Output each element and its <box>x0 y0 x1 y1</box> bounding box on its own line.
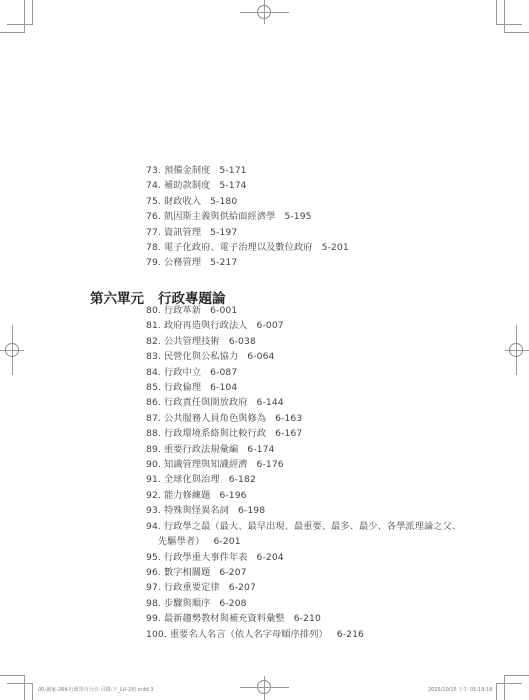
entry-page: 6-196 <box>219 490 246 501</box>
crop-mark <box>0 675 25 676</box>
entry-number: 90. <box>146 459 161 470</box>
entry-number: 86. <box>146 397 161 408</box>
toc-entry[interactable]: 76. 凱因斯主義與供給面經濟學5-195 <box>146 209 349 224</box>
entry-title: 公務管理 <box>164 257 201 268</box>
entry-title: 預備金制度 <box>164 165 210 176</box>
entry-title: 資訊管理 <box>164 227 201 238</box>
entry-page: 5-217 <box>210 257 237 268</box>
entry-number: 94. <box>146 521 161 532</box>
crop-mark <box>497 24 522 25</box>
entry-title: 行政重要定律 <box>164 582 220 593</box>
entry-number: 96. <box>146 567 161 578</box>
entry-title: 最新趨勢教材與補充資料彙整 <box>164 613 285 624</box>
entry-number: 78. <box>146 242 161 253</box>
entry-page: 5-197 <box>210 227 237 238</box>
crop-mark <box>32 683 33 700</box>
toc-entry[interactable]: 82. 公共管理技術6-038 <box>146 334 461 349</box>
entry-number: 73. <box>146 165 161 176</box>
entry-number: 89. <box>146 444 161 455</box>
entry-page: 6-198 <box>238 505 265 516</box>
entry-title: 重要行政法規彙編 <box>164 444 238 455</box>
entry-number: 100. <box>146 629 167 640</box>
crop-mark <box>0 32 25 33</box>
entry-number: 92. <box>146 490 161 501</box>
entry-title: 行政中立 <box>164 367 201 378</box>
crop-mark <box>32 0 33 25</box>
entry-page: 5-195 <box>284 211 311 222</box>
entry-title: 民營化與公私協力 <box>164 351 238 362</box>
entry-title: 公共管理技術 <box>164 336 220 347</box>
entry-page: 5-201 <box>322 242 349 253</box>
toc-entry[interactable]: 99. 最新趨勢教材與補充資料彙整6-210 <box>146 611 461 626</box>
entry-page: 6-182 <box>229 474 256 485</box>
entry-number: 74. <box>146 180 161 191</box>
entry-number: 84. <box>146 367 161 378</box>
entry-page: 6-038 <box>229 336 256 347</box>
entry-page: 5-171 <box>219 165 246 176</box>
entry-number: 91. <box>146 474 161 485</box>
entry-title-continued: 先驅學者） <box>158 536 204 547</box>
entry-title: 行政學之最（最大、最早出現、最重要、最多、最少、各學派理論之父、 <box>164 521 461 532</box>
entry-title: 行政革新 <box>164 305 201 316</box>
entry-number: 95. <box>146 552 161 563</box>
entry-number: 80. <box>146 305 161 316</box>
entry-page: 6-201 <box>213 536 240 547</box>
crop-mark <box>24 0 25 33</box>
crop-mark <box>7 683 32 684</box>
entry-number: 87. <box>146 413 161 424</box>
toc-entry[interactable]: 97. 行政重要定律6-207 <box>146 580 461 595</box>
toc-entry[interactable]: 73. 預備金制度5-171 <box>146 163 349 178</box>
toc-entry[interactable]: 78. 電子化政府、電子治理以及數位政府5-201 <box>146 240 349 255</box>
entry-number: 77. <box>146 227 161 238</box>
entry-title: 能力修練題 <box>164 490 210 501</box>
toc-entry[interactable]: 96. 數字相關題6-207 <box>146 565 461 580</box>
entry-page: 5-174 <box>219 180 246 191</box>
entry-title: 特殊與怪異名詞 <box>164 505 229 516</box>
entry-page: 6-210 <box>294 613 321 624</box>
entry-page: 6-174 <box>247 444 274 455</box>
entry-number: 99. <box>146 613 161 624</box>
entry-title: 行政學重大事件年表 <box>164 552 248 563</box>
entry-page: 6-001 <box>210 305 237 316</box>
entry-number: 75. <box>146 196 161 207</box>
entry-page: 6-204 <box>257 552 284 563</box>
toc-entry[interactable]: 81. 政府再造與行政法人6-007 <box>146 318 461 333</box>
unit-label: 第六單元 <box>90 291 144 307</box>
toc-entry[interactable]: 91. 全球化與治理6-182 <box>146 472 461 487</box>
entry-title: 重要名人名言（依人名字母順序排列） <box>170 629 328 640</box>
entry-page: 6-087 <box>210 367 237 378</box>
entry-title: 行政環境系絡與比較行政 <box>164 428 266 439</box>
file-slug: 00-讀家-26K-行政學百分百-目錄-下_LU-2校.indd 3 <box>38 686 153 693</box>
entry-title: 補助款制度 <box>164 180 210 191</box>
entry-title: 行政倫理 <box>164 382 201 393</box>
entry-number: 93. <box>146 505 161 516</box>
entry-page: 6-167 <box>275 428 302 439</box>
toc-entry[interactable]: 98. 步驟與順序6-208 <box>146 596 461 611</box>
entry-page: 6-144 <box>257 397 284 408</box>
toc-entry[interactable]: 87. 公共服務人員角色與修為6-163 <box>146 411 461 426</box>
toc-entry[interactable]: 79. 公務管理5-217 <box>146 255 349 270</box>
toc-entry[interactable]: 85. 行政倫理6-104 <box>146 380 461 395</box>
toc-list-unit6: 80. 行政革新6-001 81. 政府再造與行政法人6-007 82. 公共管… <box>146 303 461 642</box>
entry-title: 凱因斯主義與供給面經濟學 <box>164 211 275 222</box>
toc-entry[interactable]: 90. 知識管理與知識經濟6-176 <box>146 457 461 472</box>
entry-title: 政府再造與行政法人 <box>164 320 248 331</box>
entry-page: 6-163 <box>275 413 302 424</box>
toc-entry[interactable]: 86. 行政責任與開放政府6-144 <box>146 395 461 410</box>
entry-page: 6-104 <box>210 382 237 393</box>
entry-title: 電子化政府、電子治理以及數位政府 <box>164 242 313 253</box>
crop-mark <box>497 683 522 684</box>
entry-number: 85. <box>146 382 161 393</box>
entry-title: 財政收入 <box>164 196 201 207</box>
entry-number: 81. <box>146 320 161 331</box>
toc-list-unit5: 73. 預備金制度5-171 74. 補助款制度5-174 75. 財政收入5-… <box>146 163 349 271</box>
toc-entry[interactable]: 93. 特殊與怪異名詞6-198 <box>146 503 461 518</box>
entry-page: 6-064 <box>247 351 274 362</box>
print-timestamp: 2025/10/15 下午 05:19:16 <box>428 686 492 693</box>
entry-number: 98. <box>146 598 161 609</box>
toc-entry[interactable]: 88. 行政環境系絡與比較行政6-167 <box>146 426 461 441</box>
crop-mark <box>504 32 529 33</box>
toc-entry[interactable]: 95. 行政學重大事件年表6-204 <box>146 550 461 565</box>
entry-page: 6-207 <box>229 582 256 593</box>
entry-page: 6-208 <box>219 598 246 609</box>
crop-mark <box>504 675 529 676</box>
crop-mark <box>496 683 497 700</box>
entry-title: 公共服務人員角色與修為 <box>164 413 266 424</box>
crop-mark <box>7 24 32 25</box>
entry-number: 79. <box>146 257 161 268</box>
entry-number: 83. <box>146 351 161 362</box>
crop-mark <box>24 675 25 700</box>
crop-mark <box>504 675 505 700</box>
toc-entry[interactable]: 80. 行政革新6-001 <box>146 303 461 318</box>
entry-title: 數字相關題 <box>164 567 210 578</box>
entry-page: 6-007 <box>257 320 284 331</box>
toc-entry[interactable]: 74. 補助款制度5-174 <box>146 178 349 193</box>
entry-number: 97. <box>146 582 161 593</box>
entry-page: 5-180 <box>210 196 237 207</box>
crop-mark <box>496 0 497 25</box>
toc-entry[interactable]: 94. 行政學之最（最大、最早出現、最重要、最多、最少、各學派理論之父、先驅學者… <box>146 519 461 550</box>
entry-title: 行政責任與開放政府 <box>164 397 248 408</box>
entry-number: 76. <box>146 211 161 222</box>
toc-entry[interactable]: 84. 行政中立6-087 <box>146 365 461 380</box>
entry-title: 知識管理與知識經濟 <box>164 459 248 470</box>
crop-mark <box>504 0 505 33</box>
toc-entry[interactable]: 100. 重要名人名言（依人名字母順序排列）6-216 <box>146 627 461 642</box>
toc-entry[interactable]: 83. 民營化與公私協力6-064 <box>146 349 461 364</box>
entry-page: 6-216 <box>337 629 364 640</box>
entry-title: 步驟與順序 <box>164 598 210 609</box>
toc-entry[interactable]: 89. 重要行政法規彙編6-174 <box>146 442 461 457</box>
entry-number: 82. <box>146 336 161 347</box>
entry-page: 6-207 <box>219 567 246 578</box>
entry-title: 全球化與治理 <box>164 474 220 485</box>
toc-entry[interactable]: 77. 資訊管理5-197 <box>146 225 349 240</box>
toc-entry[interactable]: 92. 能力修練題6-196 <box>146 488 461 503</box>
entry-number: 88. <box>146 428 161 439</box>
toc-entry[interactable]: 75. 財政收入5-180 <box>146 194 349 209</box>
entry-page: 6-176 <box>257 459 284 470</box>
